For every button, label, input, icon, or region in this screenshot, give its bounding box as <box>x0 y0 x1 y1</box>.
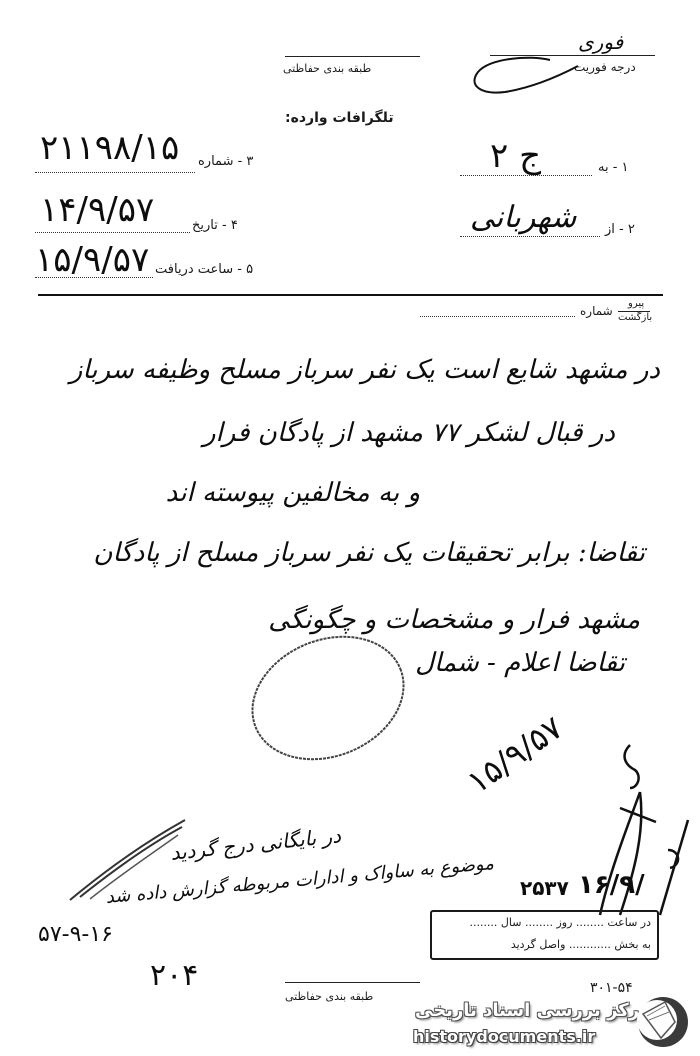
form-code: ۳۰۱-۵۴ <box>590 980 633 996</box>
urgency-value: فوری <box>578 30 623 54</box>
received-value-text: ۱۵/۹/۵۷ <box>35 240 149 280</box>
urgency-label: درجه فوریت <box>574 60 636 74</box>
number-value-text: ۲۱۱۹۸/۱۵ <box>40 128 179 168</box>
date-value: ۱۴/۹/۵۷ <box>40 190 154 230</box>
ref-number-line <box>420 316 575 317</box>
body-line-1: در مشهد شایع است یک نفر سرباز مسلح وظیفه… <box>70 355 660 385</box>
bottom-left-number: ۲۰۴ <box>150 958 198 993</box>
to-label: ۱ - به <box>598 160 629 175</box>
number-value: ۲۱۱۹۸/۱۵ <box>40 128 179 168</box>
header-divider <box>38 294 663 296</box>
receipt-line-1: در ساعت ........ روز ........ سال ......… <box>469 916 651 929</box>
received-stamp-date: ۱۶/۹/ <box>578 870 645 900</box>
watermark-logo-icon <box>635 994 687 1050</box>
date-field-line <box>35 232 190 233</box>
body-line-3: و به مخالفین پیوسته اند <box>166 478 420 508</box>
ref-label-top: پیرو <box>628 298 644 309</box>
from-label: ۲ - از <box>605 222 635 237</box>
receipt-line-2: به بخش ............ واصل گردید <box>511 938 651 951</box>
body-line-6: تقاضا اعلام - شمال <box>415 648 625 678</box>
body-line-2: در قبال لشکر ۷۷ مشهد از پادگان فرار <box>203 418 615 448</box>
date-label: ۴ - تاریخ <box>192 218 238 233</box>
oval-stamp-icon <box>240 630 420 760</box>
to-value-text: ج ۲ <box>490 136 541 176</box>
received-label: ۵ - ساعت دریافت <box>155 262 253 277</box>
classification-label-top: طبقه بندی حفاظتی <box>283 62 371 75</box>
classification-rule-bottom <box>285 982 420 983</box>
classification-label-bottom: طبقه بندی حفاظتی <box>285 990 373 1003</box>
to-value: ج ۲ <box>490 136 541 176</box>
received-value: ۱۵/۹/۵۷ <box>35 240 149 280</box>
document-title: تلگرافات وارده: <box>285 110 394 126</box>
watermark-name: مرکز بررسی اسناد تاریخی <box>415 1000 651 1021</box>
ref-number-label: شماره <box>580 304 613 318</box>
from-field-line <box>460 236 600 237</box>
margin-date: ۱۵/۹/۵۷ <box>460 708 570 801</box>
classification-rule-top <box>285 56 420 57</box>
receipt-stamp-box: در ساعت ........ روز ........ سال ......… <box>430 910 659 960</box>
number-label: ۳ - شماره <box>198 154 253 169</box>
margin-date-text: ۱۵/۹/۵۷ <box>460 708 570 801</box>
urgency-signature-icon <box>460 40 580 100</box>
archive-note: در بایگانی درج گردید <box>169 823 342 865</box>
date-value-text: ۱۴/۹/۵۷ <box>40 190 154 230</box>
received-stamp-number: ۲۵۳۷ <box>520 876 569 900</box>
body-line-4: تقاضا: برابر تحقیقات یک نفر سرباز مسلح ا… <box>93 538 645 568</box>
watermark-url: historydocuments.ir <box>413 1027 595 1046</box>
ref-label-bottom: بازگشت <box>618 312 652 323</box>
bottom-left-date: ۵۷-۹-۱۶ <box>38 922 113 947</box>
number-field-line <box>35 172 195 173</box>
from-value: شهربانی <box>470 200 576 235</box>
